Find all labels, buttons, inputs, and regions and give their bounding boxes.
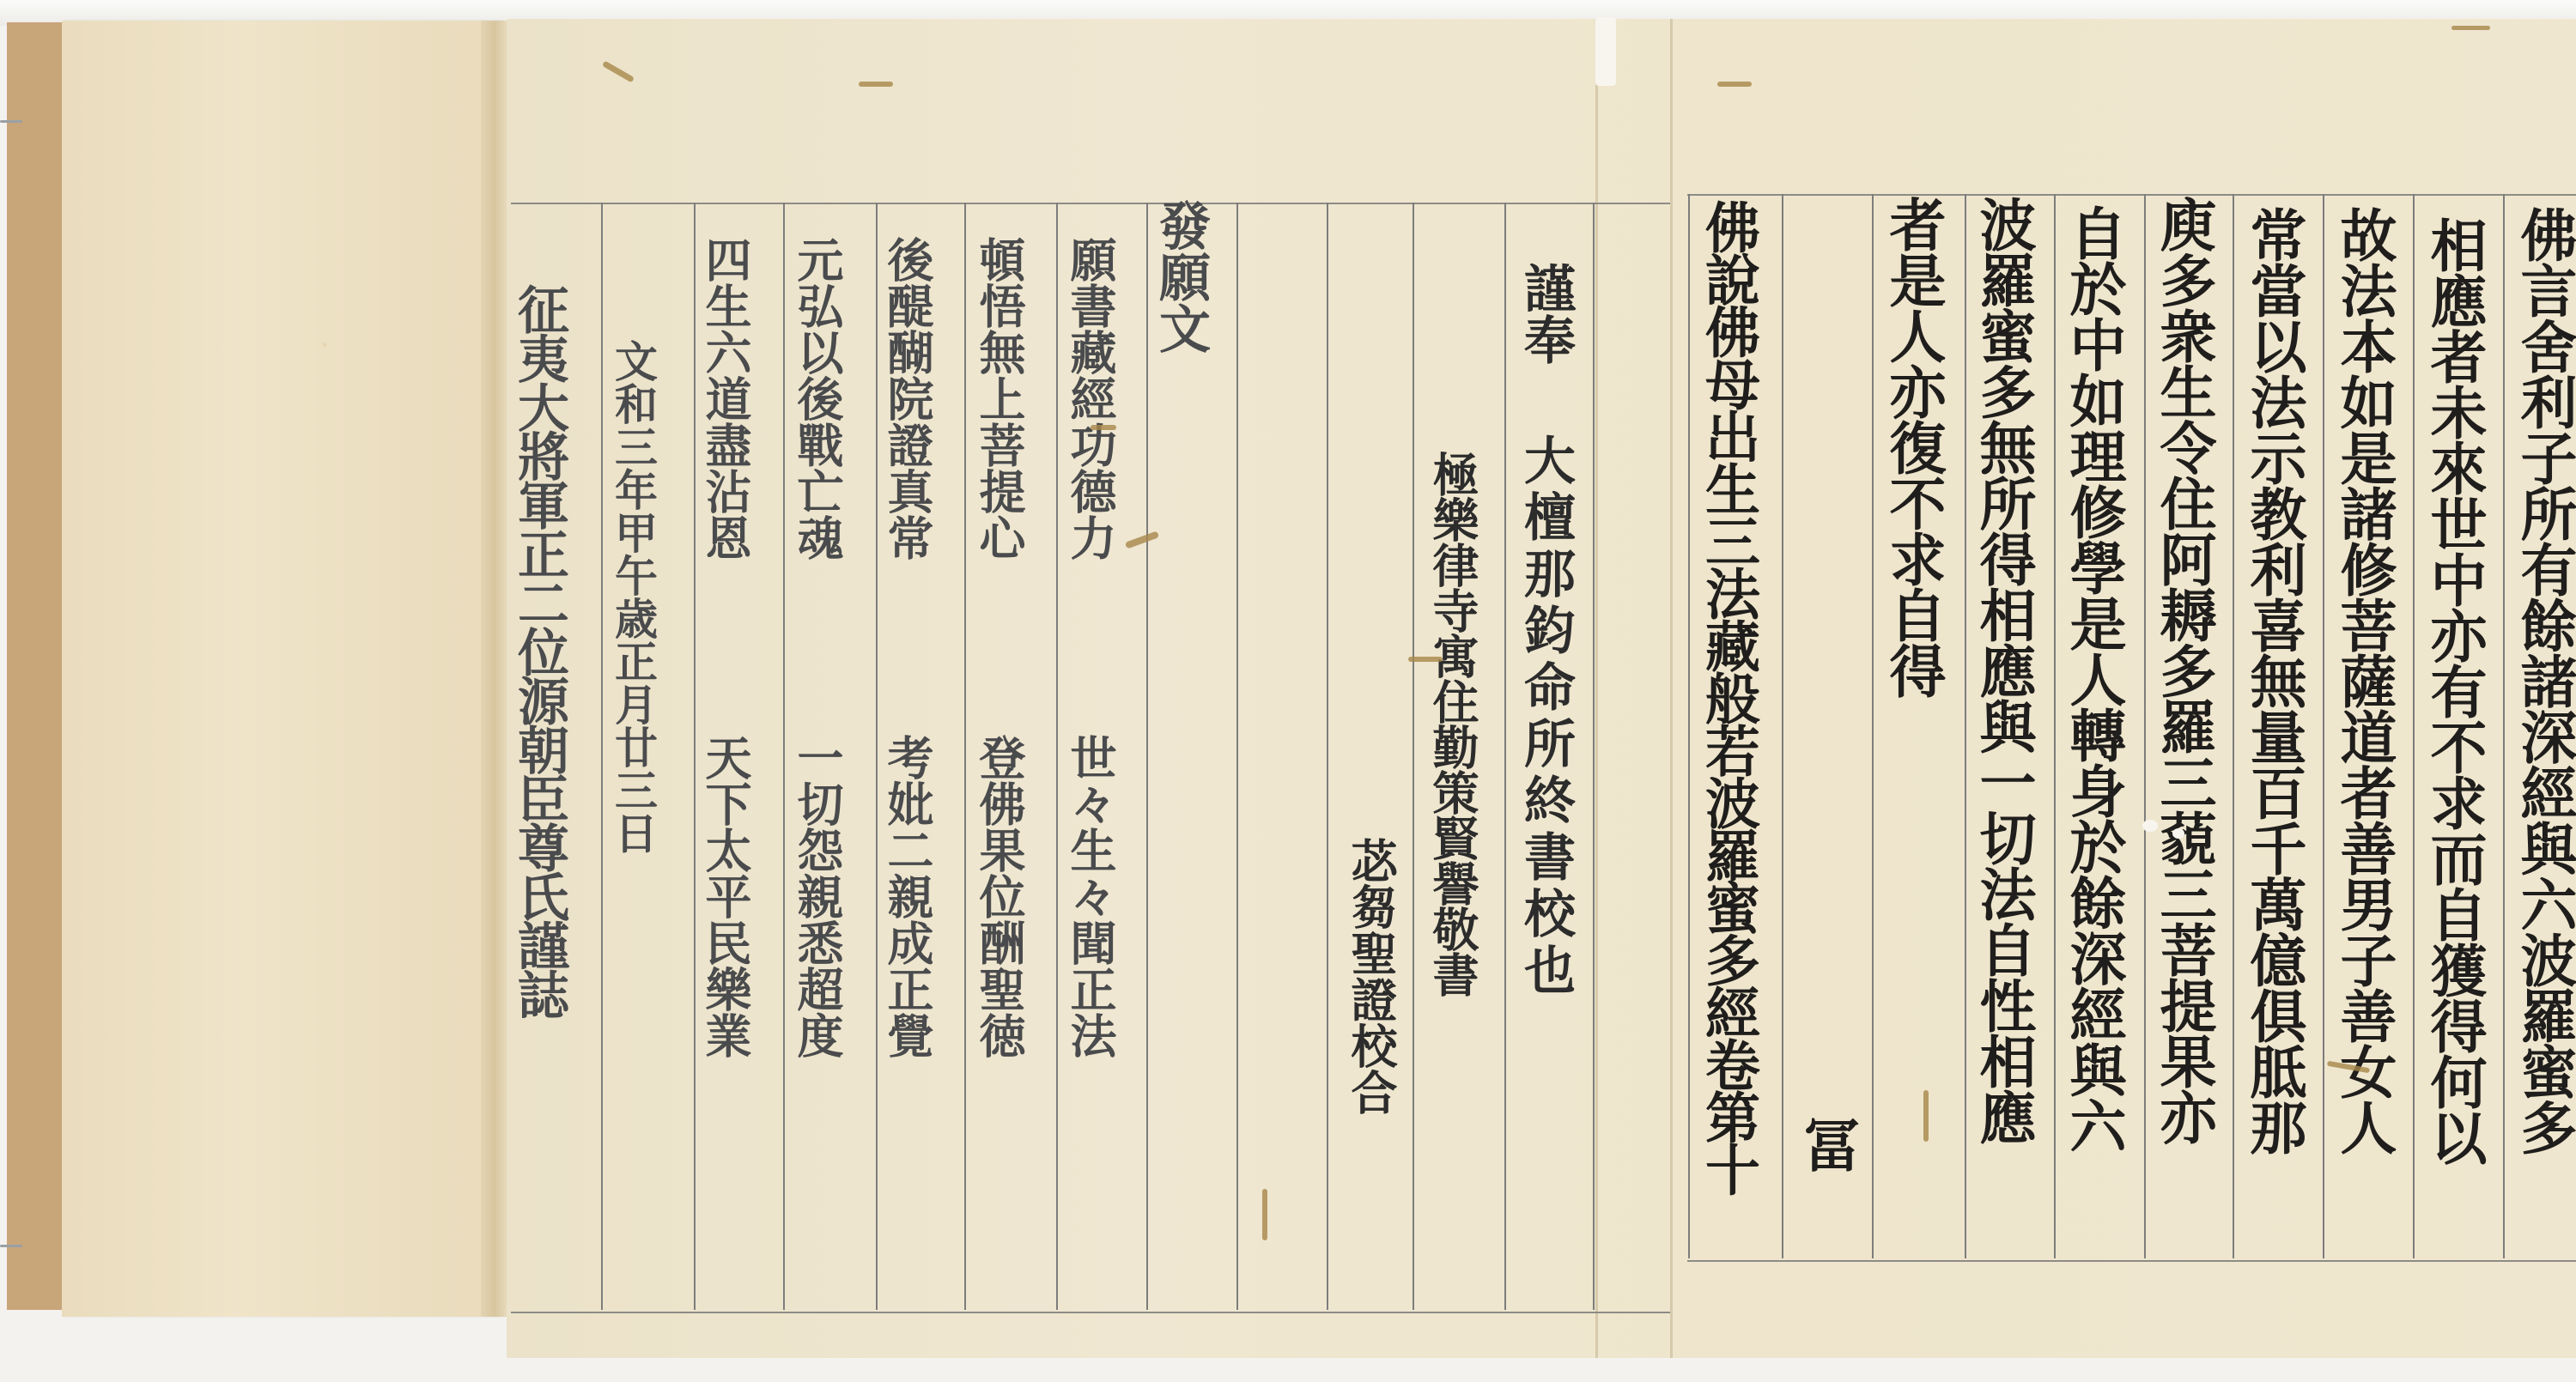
rule-line [1593, 203, 1595, 1310]
cover-board [7, 22, 67, 1310]
cover-sheet [62, 21, 502, 1317]
colophon-date: 文和三年甲午歳正月廿三日 [611, 339, 654, 854]
volume-mark: 冨 [1799, 1116, 1856, 1172]
vow-verse-1-bottom: 世々生々聞正法 [1067, 734, 1114, 1058]
rule-line [964, 203, 966, 1310]
rule-line [1782, 194, 1783, 1258]
rule-line [2054, 194, 2056, 1258]
stain [1262, 1189, 1267, 1240]
vow-verse-2-top: 頓悟無上菩提心 [976, 236, 1023, 561]
stain [1923, 1090, 1929, 1142]
sutra-column-8: 者是人亦復不求自得 [1885, 196, 1941, 698]
sutra-column-7: 波羅蜜多無所得相應與一切法自性相應 [1975, 196, 2032, 1144]
vow-heading: 發願文 [1155, 199, 1206, 354]
binding-thread [0, 1245, 22, 1247]
rule-line [1504, 203, 1506, 1310]
colophon-signature: 征夷大將軍正二位源朝臣尊氏謹誌 [513, 283, 565, 1017]
sutra-column-6: 自於中如理修學是人轉身於餘深經與六 [2065, 204, 2122, 1153]
dedication-respectfully: 謹奉 [1520, 262, 1571, 365]
rule-line [783, 203, 785, 1310]
sutra-column-3: 故法本如是諸修菩薩道者善男子善女人 [2336, 206, 2392, 1155]
vow-verse-4-top: 元弘以後戰亡魂 [794, 236, 841, 561]
dedication-proofreader: 苾芻聖證校合 [1348, 837, 1394, 1115]
rule-line [1236, 203, 1238, 1310]
rule-line [876, 203, 878, 1310]
sutra-column-4: 常當以法示教利喜無量百千萬億俱胝那 [2245, 206, 2302, 1155]
vow-verse-3-top: 後醍醐院證真常 [884, 236, 931, 561]
rule-line [694, 203, 696, 1310]
rule-line [1146, 203, 1148, 1310]
rule-line [1965, 194, 1966, 1258]
vow-verse-3-bottom: 考妣二親成正覺 [884, 734, 931, 1058]
dedication-scribe: 極樂律寺寓住勤策賢譽敬書 [1430, 451, 1476, 997]
stain [1408, 657, 1443, 662]
sutra-column-2: 相應者未來世中亦有不求而自獲得何以 [2426, 216, 2482, 1165]
rule-line [2323, 194, 2324, 1258]
rule-line [2503, 194, 2505, 1258]
binding-thread [0, 120, 22, 123]
wormhole [2172, 828, 2184, 839]
paper-seam [1670, 19, 1673, 1358]
sutra-column-1: 佛言舍利子所有餘諸深經與六波羅蜜多 [2516, 206, 2573, 1155]
rule-line [1872, 194, 1874, 1258]
wormhole [2142, 820, 2158, 832]
stain [1091, 425, 1116, 430]
rule-line [601, 203, 603, 1310]
vow-verse-1-top: 願書藏經功德力 [1067, 236, 1114, 561]
rule-line [1413, 203, 1414, 1310]
vow-verse-4-bottom: 一切怨親悉超度 [794, 734, 841, 1058]
stain [2451, 26, 2490, 30]
rule-line [2413, 194, 2415, 1258]
vow-verse-2-bottom: 登佛果位酬聖徳 [976, 734, 1023, 1058]
sutra-end-title: 佛說佛母出生三法藏般若波羅蜜多經卷第十 [1700, 199, 1755, 1194]
rule-line [1688, 194, 1690, 1258]
stain [859, 82, 893, 87]
rule-line [1327, 203, 1328, 1310]
rule-line [1056, 203, 1058, 1310]
cover-fold [481, 21, 508, 1317]
stain [1717, 82, 1752, 87]
vow-verse-5-top: 四生六道盡沾恩 [702, 236, 749, 561]
paper-tear [1595, 17, 1616, 86]
rule-line [2144, 194, 2146, 1258]
sutra-column-5: 庾多衆生令住阿耨多羅三藐三菩提果亦 [2155, 196, 2212, 1144]
vow-verse-5-bottom: 天下太平民樂業 [702, 734, 749, 1058]
rule-line [2233, 194, 2234, 1258]
dedication-patron: 大檀那鈞命所終書校也 [1520, 433, 1571, 1000]
